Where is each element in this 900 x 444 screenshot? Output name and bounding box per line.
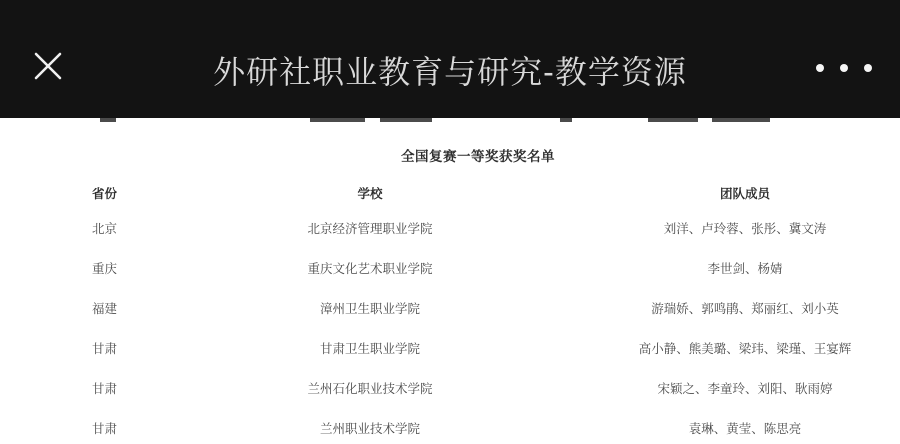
cell-school: 重庆文化艺术职业学院 (210, 258, 530, 280)
close-x-icon (30, 48, 66, 84)
app-header-bar: 外研社职业教育与研究-教学资源 (0, 0, 900, 118)
close-button[interactable] (30, 48, 66, 84)
cell-members: 高小静、熊美璐、梁玮、梁瑾、王宴辉 (540, 338, 900, 360)
cell-province: 甘肃 (92, 338, 202, 360)
cell-school: 兰州石化职业技术学院 (210, 378, 530, 400)
column-header-school: 学校 (210, 183, 530, 205)
ellipsis-more-icon (816, 64, 824, 72)
table-row: 甘肃 兰州职业技术学院 袁琳、黄莹、陈思亮 (0, 409, 900, 444)
ellipsis-more-icon (840, 64, 848, 72)
ellipsis-more-icon (864, 64, 872, 72)
cell-province: 重庆 (92, 258, 202, 280)
table-row: 重庆 重庆文化艺术职业学院 李世剑、杨婧 (0, 249, 900, 289)
cell-school: 北京经济管理职业学院 (210, 218, 530, 240)
table-header-row: 省份 学校 团队成员 (0, 183, 900, 205)
table-row: 甘肃 甘肃卫生职业学院 高小静、熊美璐、梁玮、梁瑾、王宴辉 (0, 329, 900, 369)
more-menu-button[interactable] (816, 58, 872, 78)
table-title: 全国复赛一等奖获奖名单 (56, 145, 900, 165)
cell-province: 北京 (92, 218, 202, 240)
cell-members: 宋颖之、李童玲、刘阳、耿雨婷 (540, 378, 900, 400)
cell-school: 兰州职业技术学院 (210, 418, 530, 440)
cell-province: 福建 (92, 298, 202, 320)
cell-school: 甘肃卫生职业学院 (210, 338, 530, 360)
table-body: 北京 北京经济管理职业学院 刘洋、卢玲蓉、张彤、冀文涛 重庆 重庆文化艺术职业学… (0, 209, 900, 444)
page-content: 全国复赛一等奖获奖名单 省份 学校 团队成员 北京 北京经济管理职业学院 刘洋、… (0, 122, 900, 444)
column-header-members: 团队成员 (540, 183, 900, 205)
cell-members: 刘洋、卢玲蓉、张彤、冀文涛 (540, 218, 900, 240)
table-row: 甘肃 兰州石化职业技术学院 宋颖之、李童玲、刘阳、耿雨婷 (0, 369, 900, 409)
cell-province: 甘肃 (92, 418, 202, 440)
table-row: 北京 北京经济管理职业学院 刘洋、卢玲蓉、张彤、冀文涛 (0, 209, 900, 249)
column-header-province: 省份 (92, 183, 202, 205)
cell-school: 漳州卫生职业学院 (210, 298, 530, 320)
cell-members: 袁琳、黄莹、陈思亮 (540, 418, 900, 440)
cell-members: 李世剑、杨婧 (540, 258, 900, 280)
table-row: 福建 漳州卫生职业学院 游瑞娇、郭鸣鹃、郑丽红、刘小英 (0, 289, 900, 329)
cell-province: 甘肃 (92, 378, 202, 400)
cell-members: 游瑞娇、郭鸣鹃、郑丽红、刘小英 (540, 298, 900, 320)
page-title: 外研社职业教育与研究-教学资源 (90, 47, 810, 93)
